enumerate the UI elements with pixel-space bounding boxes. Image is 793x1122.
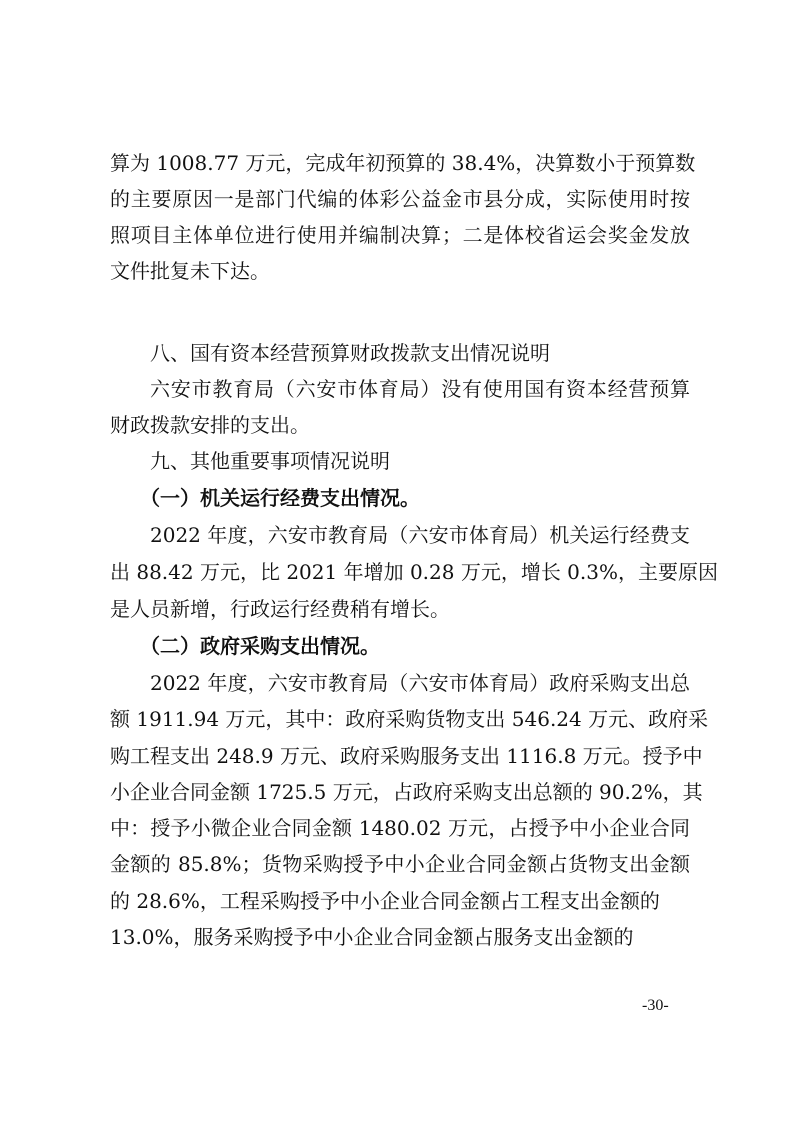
paragraph-line: 照项目主体单位进行使用并编制决算；二是体校省运会奖金发放 (110, 222, 690, 248)
subheading-1: （一）机关运行经费支出情况。 (140, 485, 690, 511)
paragraph-line: 六安市教育局（六安市体育局）没有使用国有资本经营预算 (150, 376, 690, 402)
paragraph-line: 2022 年度，六安市教育局（六安市体育局）机关运行经费支 (150, 522, 690, 548)
paragraph-line: 2022 年度，六安市教育局（六安市体育局）政府采购支出总 (150, 670, 690, 696)
paragraph-line: 算为 1008.77 万元，完成年初预算的 38.4%，决算数小于预算数 (110, 150, 690, 176)
paragraph-line: 的主要原因一是部门代编的体彩公益金市县分成，实际使用时按 (110, 186, 690, 212)
paragraph-line: 的 28.6%，工程采购授予中小企业合同金额占工程支出金额的 (110, 888, 670, 914)
paragraph-line: 购工程支出 248.9 万元、政府采购服务支出 1116.8 万元。授予中 (110, 743, 690, 769)
paragraph-line: 小企业合同金额 1725.5 万元，占政府采购支出总额的 90.2%，其 (110, 779, 690, 805)
paragraph-line: 文件批复未下达。 (110, 258, 690, 284)
paragraph-line: 金额的 85.8%；货物采购授予中小企业合同金额占货物支出金额 (110, 851, 690, 877)
section-heading-9: 九、其他重要事项情况说明 (150, 448, 690, 474)
paragraph-line: 财政拨款安排的支出。 (110, 412, 690, 438)
page-number: -30- (642, 995, 669, 1017)
paragraph-line: 中：授予小微企业合同金额 1480.02 万元，占授予中小企业合同 (110, 815, 690, 841)
paragraph-line: 13.0%，服务采购授予中小企业合同金额占服务支出金额的 (110, 924, 690, 950)
paragraph-line: 额 1911.94 万元，其中：政府采购货物支出 546.24 万元、政府采 (110, 706, 690, 732)
document-page: 算为 1008.77 万元，完成年初预算的 38.4%，决算数小于预算数 的主要… (0, 0, 793, 1122)
paragraph-line: 出 88.42 万元，比 2021 年增加 0.28 万元，增长 0.3%，主要… (110, 559, 690, 585)
section-heading-8: 八、国有资本经营预算财政拨款支出情况说明 (150, 340, 690, 366)
paragraph-line: 是人员新增，行政运行经费稍有增长。 (110, 596, 690, 622)
subheading-2: （二）政府采购支出情况。 (140, 633, 690, 659)
